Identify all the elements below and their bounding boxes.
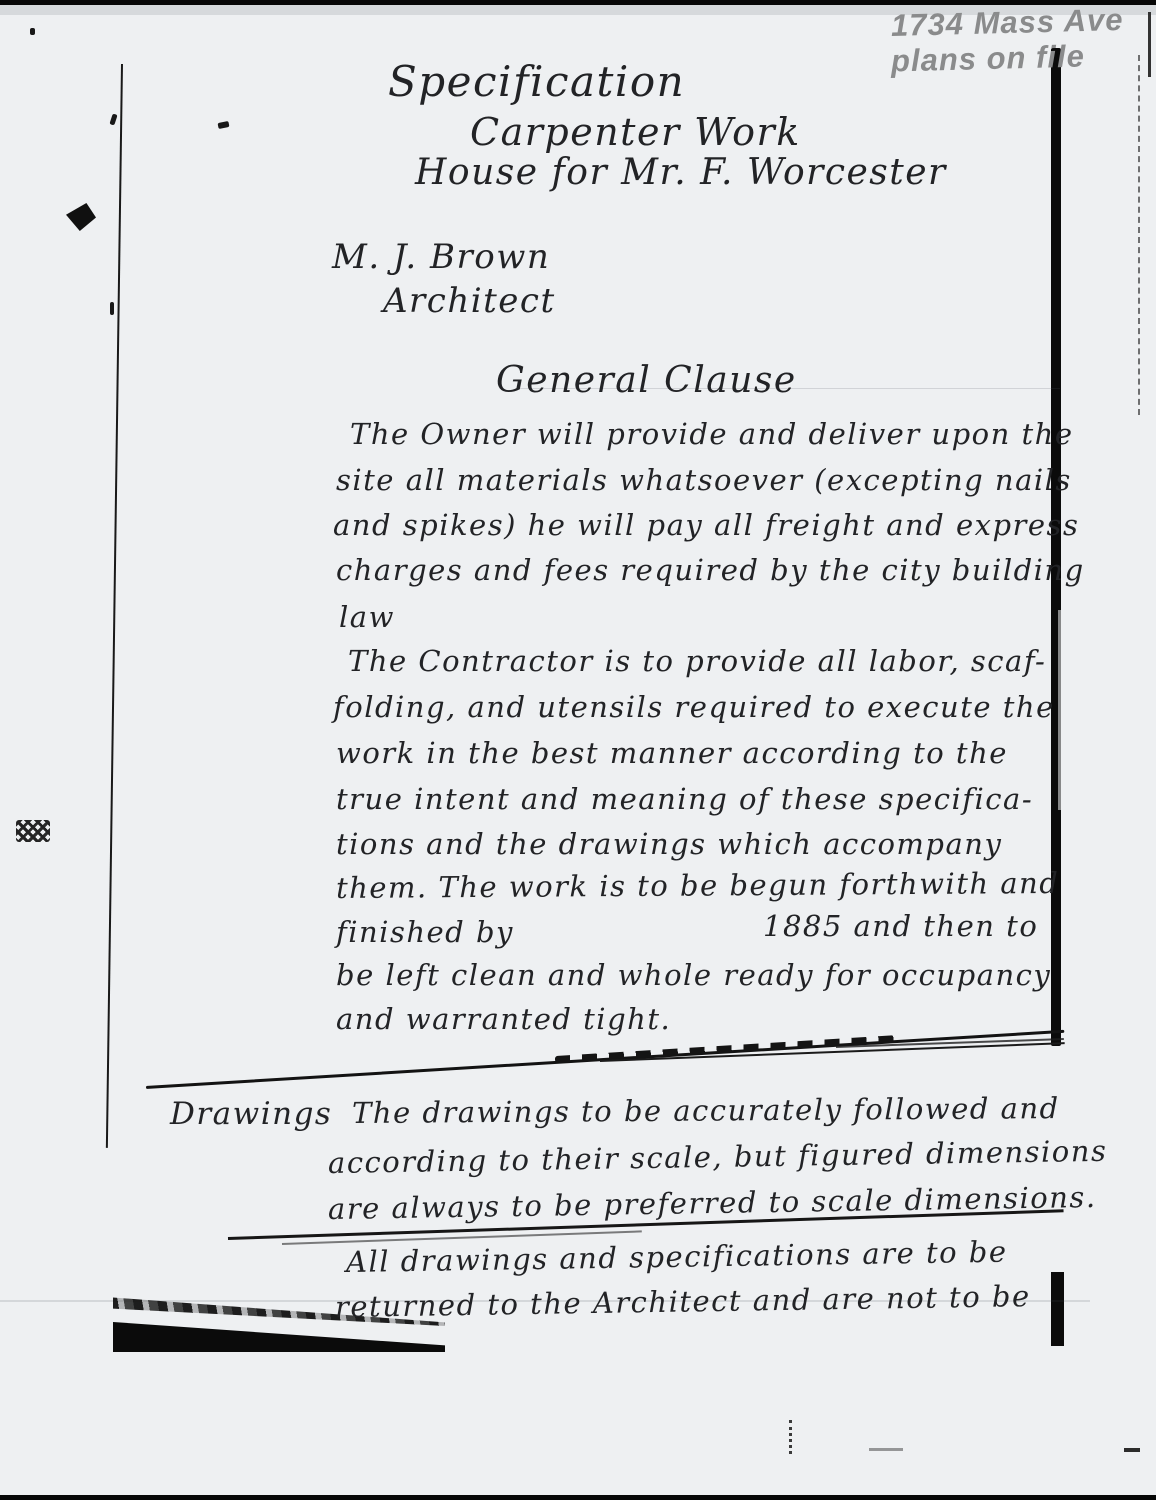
ink-smudge: [16, 820, 50, 842]
pencil-note-address: 1734 Mass Ave: [891, 2, 1124, 44]
finish-by-prefix: finished by: [336, 915, 514, 949]
body-line: The Owner will provide and deliver upon …: [350, 417, 1074, 451]
right-binding-bar-gap: [1058, 610, 1062, 810]
body-line: The Contractor is to provide all labor, …: [348, 644, 1046, 678]
ink-speck: [109, 113, 117, 125]
body-line: The drawings to be accurately followed a…: [352, 1091, 1060, 1130]
ink-speck: [30, 28, 35, 35]
doc-subtitle: Carpenter Work: [470, 110, 801, 154]
margin-label-drawings: Drawings: [170, 1096, 332, 1132]
pencil-note-plans: plans on file: [891, 38, 1086, 79]
bottom-dash-mark: [1124, 1448, 1140, 1452]
doc-project-line: House for Mr. F. Worcester: [415, 152, 947, 193]
ink-speck: [217, 121, 229, 129]
section-heading-general-clause: General Clause: [496, 360, 797, 401]
left-margin-rule: [106, 64, 123, 1148]
bottom-dotted-mark: [789, 1420, 792, 1454]
body-line: folding, and utensils required to execut…: [333, 690, 1055, 724]
scanned-specification-page: 1734 Mass Ave plans on file Specificatio…: [0, 0, 1156, 1500]
body-line: site all materials whatsoever (excepting…: [336, 463, 1072, 497]
ink-speck: [110, 302, 114, 315]
right-edge-dashed-line: [1138, 55, 1140, 415]
body-line: and spikes) he will pay all freight and …: [333, 508, 1079, 542]
right-binding-bar-lower: [1051, 1272, 1064, 1346]
crossed-out-scribble: [555, 1035, 895, 1063]
doc-title: Specification: [388, 57, 685, 106]
body-line: them. The work is to be begun forthwith …: [336, 866, 1060, 905]
body-line: tions and the drawings which accompany: [336, 827, 1002, 861]
body-line: All drawings and specifications are to b…: [346, 1235, 1008, 1279]
right-edge-mark: [1148, 12, 1151, 77]
scan-edge-bottom: [0, 1495, 1156, 1500]
bottom-dash-mark: [869, 1448, 903, 1451]
ink-blot: [66, 203, 96, 231]
body-line: are always to be preferred to scale dime…: [328, 1180, 1097, 1226]
body-line: be left clean and whole ready for occupa…: [336, 958, 1051, 992]
body-line: returned to the Architect and are not to…: [335, 1279, 1031, 1324]
body-line: and warranted tight.: [336, 1002, 671, 1036]
body-line: true intent and meaning of these specifi…: [336, 782, 1033, 816]
body-line: work in the best manner according to the: [336, 736, 1008, 770]
body-line: law: [339, 600, 395, 634]
body-line: charges and fees required by the city bu…: [336, 553, 1085, 587]
architect-title: Architect: [383, 281, 556, 321]
finish-by-date: 1885 and then to: [763, 909, 1038, 943]
scan-tear-wedge: [113, 1322, 445, 1352]
body-line: according to their scale, but figured di…: [328, 1134, 1108, 1180]
architect-name: M. J. Brown: [332, 237, 550, 277]
